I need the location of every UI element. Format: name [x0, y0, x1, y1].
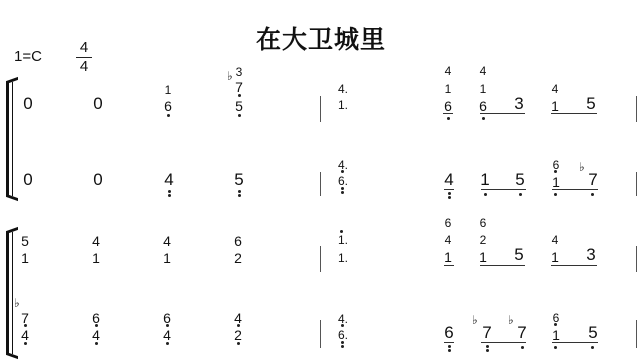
note: 1: [549, 250, 561, 264]
lower-octave-dot: [341, 324, 344, 327]
note: 1: [479, 173, 491, 187]
note: 1.: [338, 233, 362, 247]
note: 4: [442, 233, 454, 247]
note: 1: [442, 82, 454, 96]
system-2-bracket: [6, 232, 13, 354]
lower-octave-dot: [238, 190, 241, 193]
note: 1: [550, 328, 562, 342]
note: 4: [90, 234, 102, 248]
note: 1.: [338, 98, 362, 112]
lower-octave-dot: [24, 342, 27, 345]
note: 7: [19, 311, 31, 325]
underline: [444, 189, 454, 190]
note: 4: [549, 233, 561, 247]
note: 6: [443, 326, 455, 340]
flat-icon: ♭: [508, 313, 514, 327]
underline: [481, 342, 526, 343]
lower-octave-dot: [341, 345, 344, 348]
note: 3: [513, 97, 525, 111]
underline: [551, 265, 597, 266]
lower-octave-dot: [554, 323, 557, 326]
note: 4: [549, 82, 561, 96]
note: 5: [587, 326, 599, 340]
barline: [320, 320, 321, 348]
note: 2: [232, 328, 244, 342]
note: 6: [232, 234, 244, 248]
note: 6: [442, 216, 454, 230]
lower-octave-dot: [238, 114, 241, 117]
flat-icon: ♭: [472, 313, 478, 327]
underline: [444, 342, 454, 343]
note: 1: [549, 99, 561, 113]
underline: [552, 189, 598, 190]
note: 7: [481, 326, 493, 340]
lower-octave-dot: [238, 94, 241, 97]
note: 6.: [338, 174, 362, 188]
lower-octave-dot: [482, 117, 485, 120]
note: 4: [161, 234, 173, 248]
note: 6: [90, 311, 102, 325]
lower-octave-dot: [448, 345, 451, 348]
note: 5: [513, 248, 525, 262]
lower-octave-dot: [447, 117, 450, 120]
note: 4: [442, 64, 454, 78]
lower-octave-dot: [341, 191, 344, 194]
note: 1: [19, 251, 31, 265]
time-signature-top: 4: [80, 39, 88, 56]
time-signature: 4 4: [76, 40, 92, 75]
lower-octave-dot: [554, 170, 557, 173]
lower-octave-dot: [448, 349, 451, 352]
underline: [480, 265, 525, 266]
lower-octave-dot: [448, 192, 451, 195]
note-rest: 0: [22, 97, 34, 111]
time-signature-bottom: 4: [80, 58, 88, 75]
lower-octave-dot: [341, 187, 344, 190]
note: 4: [19, 328, 31, 342]
barline: [320, 96, 321, 122]
note: 6: [477, 216, 489, 230]
note: 4.: [338, 82, 362, 96]
barline: [320, 172, 321, 196]
lower-octave-dot: [237, 342, 240, 345]
note-rest: 0: [92, 173, 104, 187]
note: 1: [442, 250, 454, 264]
flat-icon: ♭: [14, 296, 20, 310]
note: 7: [233, 80, 245, 94]
note: 1: [162, 83, 174, 97]
underline: [481, 189, 526, 190]
lower-octave-dot: [168, 194, 171, 197]
note: 1: [477, 250, 489, 264]
lower-octave-dot: [341, 341, 344, 344]
lower-octave-dot: [341, 170, 344, 173]
note: 5: [585, 97, 597, 111]
lower-octave-dot: [486, 345, 489, 348]
barline: [636, 320, 637, 348]
note: 6.: [338, 328, 362, 342]
note-rest: 0: [22, 173, 34, 187]
score-title: 在大卫城里: [0, 20, 642, 56]
note: 6: [162, 99, 174, 113]
underline: [443, 113, 453, 114]
note-rest: 0: [92, 97, 104, 111]
note: 4: [163, 173, 175, 187]
lower-octave-dot: [554, 193, 557, 196]
note: 3: [233, 65, 245, 79]
barline: [636, 96, 637, 122]
note: 6: [442, 99, 454, 113]
lower-octave-dot: [591, 346, 594, 349]
lower-octave-dot: [486, 349, 489, 352]
lower-octave-dot: [167, 114, 170, 117]
underline: [552, 342, 598, 343]
lower-octave-dot: [521, 346, 524, 349]
upper-octave-dot: [340, 230, 343, 233]
note: 7: [587, 173, 599, 187]
lower-octave-dot: [519, 193, 522, 196]
note: 2: [232, 251, 244, 265]
note: 3: [585, 248, 597, 262]
underline: [551, 113, 597, 114]
note: 5: [233, 99, 245, 113]
lower-octave-dot: [448, 196, 451, 199]
lower-octave-dot: [95, 342, 98, 345]
note: 1: [161, 251, 173, 265]
note: 4: [443, 173, 455, 187]
lower-octave-dot: [554, 346, 557, 349]
note: 7: [516, 326, 528, 340]
barline: [320, 246, 321, 272]
lower-octave-dot: [168, 190, 171, 193]
note: 5: [514, 173, 526, 187]
note: 4: [232, 311, 244, 325]
barline: [636, 246, 637, 272]
note: 6: [161, 311, 173, 325]
note: 6: [477, 99, 489, 113]
lower-octave-dot: [238, 194, 241, 197]
note: 5: [19, 234, 31, 248]
note: 4: [477, 64, 489, 78]
system-1-bracket: [6, 82, 13, 196]
lower-octave-dot: [591, 193, 594, 196]
note: 1: [477, 82, 489, 96]
lower-octave-dot: [166, 342, 169, 345]
barline: [636, 172, 637, 196]
flat-icon: ♭: [579, 160, 585, 174]
note: 4: [90, 328, 102, 342]
note: 5: [233, 173, 245, 187]
note: 2: [477, 233, 489, 247]
underline: [480, 113, 525, 114]
key-signature: 1=C: [14, 48, 42, 65]
note: 4: [161, 328, 173, 342]
note: 1: [550, 175, 562, 189]
lower-octave-dot: [484, 193, 487, 196]
underline: [444, 265, 454, 266]
flat-icon: ♭: [227, 69, 233, 83]
note: 1.: [338, 251, 362, 265]
note: 1: [90, 251, 102, 265]
